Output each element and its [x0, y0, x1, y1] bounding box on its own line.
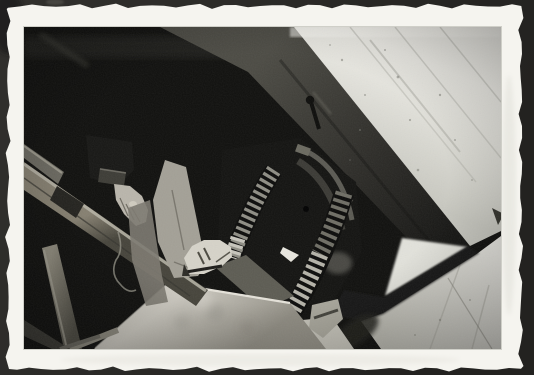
- vintage-photo-figure: Black-and-white construction photograph:…: [0, 0, 534, 375]
- photo-scan: Black-and-white construction photograph:…: [0, 0, 534, 375]
- photo-image: [24, 27, 504, 357]
- film-grain: [24, 27, 501, 349]
- paper-smudge-right: [502, 75, 516, 315]
- paper-smudge-bottom: [60, 354, 460, 366]
